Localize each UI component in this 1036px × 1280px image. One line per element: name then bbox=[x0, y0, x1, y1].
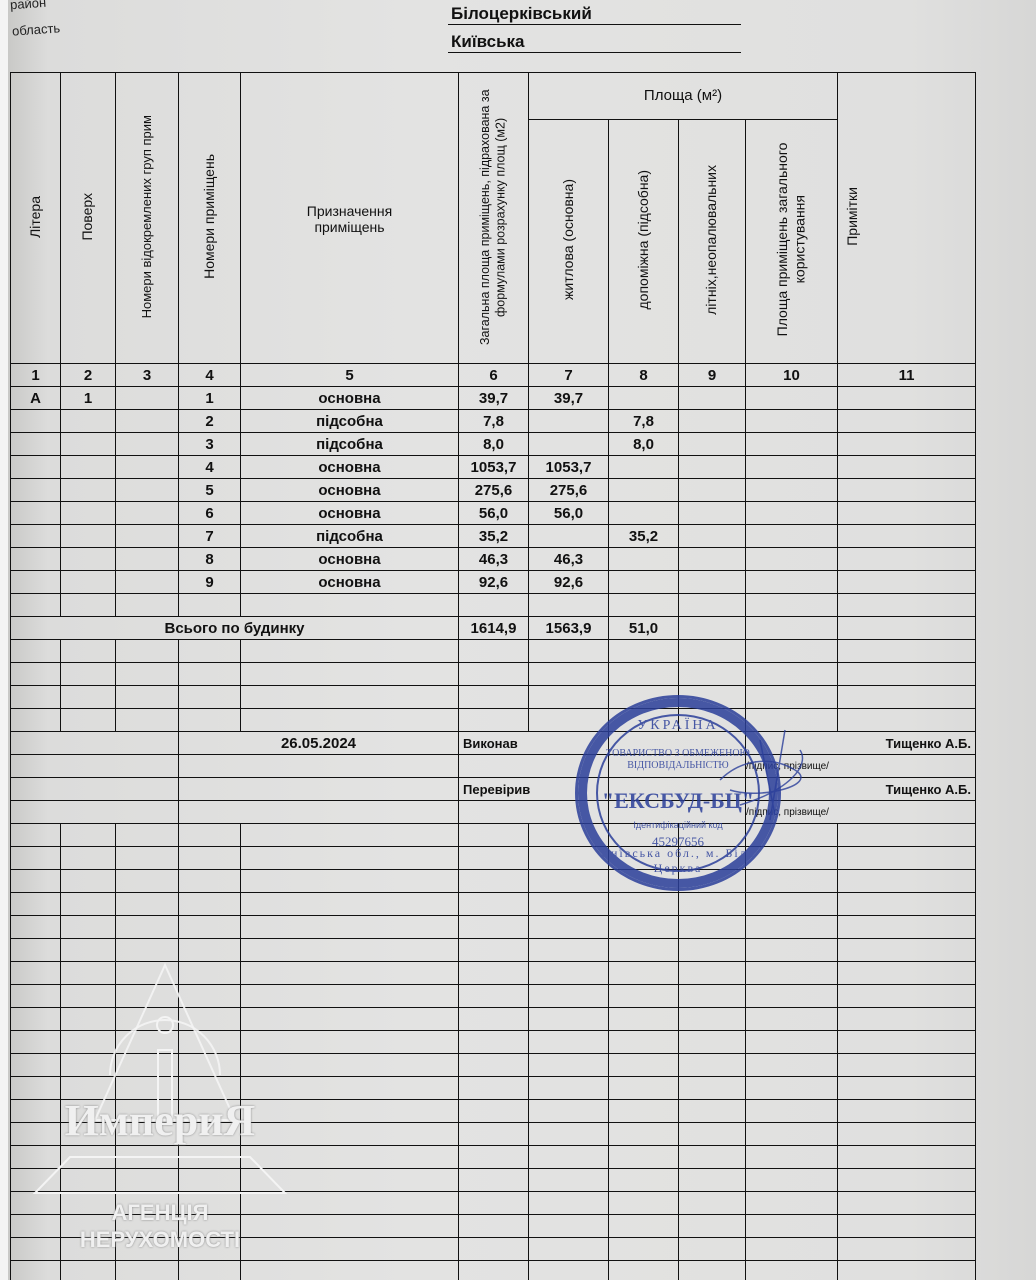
cell-purpose: основна bbox=[241, 479, 459, 502]
table-cell bbox=[11, 1123, 61, 1146]
cell-floor bbox=[61, 502, 116, 525]
table-cell bbox=[179, 663, 241, 686]
table-cell bbox=[746, 1192, 838, 1215]
cell-notes bbox=[838, 548, 976, 571]
table-cell bbox=[241, 686, 459, 709]
table-cell bbox=[179, 1077, 241, 1100]
table-cell bbox=[609, 1077, 679, 1100]
table-cell bbox=[679, 1169, 746, 1192]
table-body: А11основна39,739,72підсобна7,87,83підсоб… bbox=[11, 387, 976, 1280]
table-cell bbox=[679, 893, 746, 916]
col-header-floor: Поверх bbox=[61, 73, 116, 364]
table-cell bbox=[116, 870, 179, 893]
table-row-empty bbox=[11, 663, 976, 686]
table-cell bbox=[11, 1238, 61, 1261]
table-cell bbox=[609, 916, 679, 939]
cell-purpose: основна bbox=[241, 571, 459, 594]
cell-total: 1053,7 bbox=[459, 456, 529, 479]
table-cell bbox=[679, 985, 746, 1008]
table-cell bbox=[116, 1008, 179, 1031]
cell-room: 3 bbox=[179, 433, 241, 456]
table-cell bbox=[179, 1008, 241, 1031]
table-cell bbox=[838, 1123, 976, 1146]
table-cell bbox=[838, 916, 976, 939]
table-cell bbox=[11, 824, 61, 847]
table-cell bbox=[529, 640, 609, 663]
table-cell bbox=[11, 686, 61, 709]
column-number: 10 bbox=[746, 364, 838, 387]
table-cell bbox=[61, 893, 116, 916]
cell-total: 39,7 bbox=[459, 387, 529, 410]
table-cell bbox=[116, 939, 179, 962]
table-cell bbox=[838, 962, 976, 985]
table-cell bbox=[459, 824, 529, 847]
cell-floor bbox=[61, 571, 116, 594]
cell-floor bbox=[61, 479, 116, 502]
table-cell bbox=[116, 1100, 179, 1123]
table-cell bbox=[746, 594, 838, 617]
table-cell bbox=[746, 1054, 838, 1077]
table-cell bbox=[838, 1054, 976, 1077]
table-cell bbox=[679, 1077, 746, 1100]
table-cell bbox=[609, 1215, 679, 1238]
table-cell bbox=[459, 870, 529, 893]
table-row-empty bbox=[11, 594, 976, 617]
table-cell bbox=[179, 594, 241, 617]
cell-total: 275,6 bbox=[459, 479, 529, 502]
table-cell bbox=[459, 985, 529, 1008]
table-cell bbox=[179, 755, 459, 778]
table-row-empty bbox=[11, 1123, 976, 1146]
table-cell bbox=[529, 1192, 609, 1215]
signature-date: 26.05.2024 bbox=[179, 732, 459, 755]
cell-common bbox=[746, 502, 838, 525]
cell-aux bbox=[609, 479, 679, 502]
table-cell bbox=[746, 1215, 838, 1238]
col-header-summer: літніх,неопалювальних bbox=[679, 119, 746, 363]
table-cell bbox=[11, 1192, 61, 1215]
table-cell bbox=[459, 1169, 529, 1192]
cell-aux bbox=[609, 387, 679, 410]
header-row: Літера Поверх Номери відокремлених груп … bbox=[11, 73, 976, 120]
table-cell bbox=[241, 824, 459, 847]
cell-summer bbox=[679, 502, 746, 525]
table-cell bbox=[11, 847, 61, 870]
cell-aux: 35,2 bbox=[609, 525, 679, 548]
cell-aux bbox=[609, 456, 679, 479]
table-row: 7підсобна35,235,2 bbox=[11, 525, 976, 548]
page-edge bbox=[0, 0, 8, 1280]
cell-floor bbox=[61, 456, 116, 479]
table-row-empty bbox=[11, 1169, 976, 1192]
cell-floor: 1 bbox=[61, 387, 116, 410]
cell-notes bbox=[838, 387, 976, 410]
signature-caption-row: /підпис, прізвище/ bbox=[11, 755, 976, 778]
table-cell bbox=[838, 870, 976, 893]
cell-litera bbox=[11, 502, 61, 525]
cell-total: 46,3 bbox=[459, 548, 529, 571]
table-cell bbox=[609, 1008, 679, 1031]
table-cell bbox=[116, 663, 179, 686]
table-cell bbox=[529, 1123, 609, 1146]
column-number: 1 bbox=[11, 364, 61, 387]
column-number: 7 bbox=[529, 364, 609, 387]
table-cell bbox=[116, 985, 179, 1008]
table-cell bbox=[116, 962, 179, 985]
table-cell bbox=[61, 1238, 116, 1261]
table-cell bbox=[609, 1054, 679, 1077]
cell-purpose: основна bbox=[241, 502, 459, 525]
cell-room: 8 bbox=[179, 548, 241, 571]
table-cell bbox=[609, 1100, 679, 1123]
cell-litera bbox=[11, 410, 61, 433]
table-cell bbox=[241, 1123, 459, 1146]
table-row: 5основна275,6275,6 bbox=[11, 479, 976, 502]
premises-table: Літера Поверх Номери відокремлених груп … bbox=[10, 72, 976, 1280]
cell-litera bbox=[11, 571, 61, 594]
table-cell bbox=[241, 962, 459, 985]
table-cell bbox=[746, 663, 838, 686]
table-cell bbox=[609, 640, 679, 663]
table-cell bbox=[11, 732, 179, 755]
table-row: 9основна92,692,6 bbox=[11, 571, 976, 594]
table-cell bbox=[529, 1100, 609, 1123]
table-cell bbox=[179, 1100, 241, 1123]
cell-living: 1053,7 bbox=[529, 456, 609, 479]
column-number-row: 1234567891011 bbox=[11, 364, 976, 387]
table-cell bbox=[838, 1215, 976, 1238]
cell-purpose: підсобна bbox=[241, 525, 459, 548]
cell-notes bbox=[838, 571, 976, 594]
table-cell bbox=[116, 1215, 179, 1238]
table-cell bbox=[241, 916, 459, 939]
table-cell bbox=[679, 1192, 746, 1215]
table-row-empty bbox=[11, 1031, 976, 1054]
table-cell bbox=[241, 1192, 459, 1215]
cell-purpose: основна bbox=[241, 548, 459, 571]
table-cell bbox=[459, 1146, 529, 1169]
table-cell bbox=[179, 893, 241, 916]
cell-living: 46,3 bbox=[529, 548, 609, 571]
table-cell bbox=[116, 1123, 179, 1146]
table-row-empty bbox=[11, 847, 976, 870]
cell-common bbox=[746, 525, 838, 548]
table-cell bbox=[459, 847, 529, 870]
cell-living: 39,7 bbox=[529, 387, 609, 410]
cell-room: 7 bbox=[179, 525, 241, 548]
table-cell bbox=[11, 939, 61, 962]
table-cell bbox=[609, 893, 679, 916]
table-cell bbox=[179, 916, 241, 939]
table-cell bbox=[679, 939, 746, 962]
table-cell bbox=[61, 709, 116, 732]
table-cell bbox=[11, 1008, 61, 1031]
table-cell bbox=[679, 1261, 746, 1280]
cell-aux: 8,0 bbox=[609, 433, 679, 456]
table-cell bbox=[179, 939, 241, 962]
table-cell bbox=[459, 962, 529, 985]
table-cell bbox=[459, 1192, 529, 1215]
table-cell bbox=[838, 1261, 976, 1280]
table-cell bbox=[609, 663, 679, 686]
total-row: Всього по будинку1614,91563,951,0 bbox=[11, 617, 976, 640]
table-cell bbox=[61, 1169, 116, 1192]
cell-total: 92,6 bbox=[459, 571, 529, 594]
table-cell bbox=[746, 617, 838, 640]
table-cell bbox=[459, 1238, 529, 1261]
table-cell bbox=[679, 594, 746, 617]
table-cell bbox=[838, 1077, 976, 1100]
cell-notes bbox=[838, 456, 976, 479]
table-cell bbox=[11, 663, 61, 686]
table-cell bbox=[11, 1031, 61, 1054]
signature-caption-row: /підпис, прізвище/ bbox=[11, 801, 976, 824]
table-cell bbox=[838, 663, 976, 686]
total-living-sum: 1563,9 bbox=[529, 617, 609, 640]
col-header-common-area: Площа приміщень загального користування bbox=[746, 119, 838, 363]
table-cell bbox=[609, 1169, 679, 1192]
table-row-empty bbox=[11, 709, 976, 732]
table-cell bbox=[179, 1169, 241, 1192]
table-cell bbox=[679, 1123, 746, 1146]
signature-row-performed: 26.05.2024ВиконавТищенко А.Б. bbox=[11, 732, 976, 755]
cell-group bbox=[116, 479, 179, 502]
col-header-area-group: Площа (м²) bbox=[529, 73, 838, 120]
table-cell bbox=[838, 1146, 976, 1169]
table-cell bbox=[241, 663, 459, 686]
table-cell bbox=[241, 1261, 459, 1280]
table-cell bbox=[116, 847, 179, 870]
signature-row-checked: ПеревіривТищенко А.Б. bbox=[11, 778, 976, 801]
table-cell bbox=[241, 893, 459, 916]
cell-floor bbox=[61, 410, 116, 433]
table-cell bbox=[11, 870, 61, 893]
cell-litera: А bbox=[11, 387, 61, 410]
table-cell bbox=[838, 893, 976, 916]
cell-total: 7,8 bbox=[459, 410, 529, 433]
table-cell bbox=[116, 1238, 179, 1261]
cell-notes bbox=[838, 525, 976, 548]
table-cell bbox=[529, 939, 609, 962]
table-cell bbox=[241, 709, 459, 732]
table-cell bbox=[116, 1146, 179, 1169]
cell-room: 5 bbox=[179, 479, 241, 502]
table-cell bbox=[241, 1146, 459, 1169]
table-cell bbox=[116, 916, 179, 939]
table-cell bbox=[609, 1192, 679, 1215]
table-row: 6основна56,056,0 bbox=[11, 502, 976, 525]
table-cell bbox=[61, 686, 116, 709]
table-cell bbox=[529, 1031, 609, 1054]
table-cell bbox=[179, 962, 241, 985]
table-cell bbox=[679, 1008, 746, 1031]
table-row-empty bbox=[11, 1077, 976, 1100]
table-cell bbox=[838, 709, 976, 732]
cell-total: 35,2 bbox=[459, 525, 529, 548]
table-cell bbox=[609, 1261, 679, 1280]
table-cell bbox=[179, 870, 241, 893]
table-cell bbox=[746, 1169, 838, 1192]
district-value: Білоцерківський bbox=[448, 4, 741, 25]
table-cell bbox=[529, 1008, 609, 1031]
table-cell bbox=[116, 1261, 179, 1280]
table-cell bbox=[459, 1054, 529, 1077]
cell-aux bbox=[609, 548, 679, 571]
table-cell bbox=[838, 640, 976, 663]
cell-common bbox=[746, 456, 838, 479]
cell-litera bbox=[11, 525, 61, 548]
table-cell bbox=[746, 1008, 838, 1031]
table-row-empty bbox=[11, 1238, 976, 1261]
table-cell bbox=[529, 663, 609, 686]
col-header-living: житлова (основна) bbox=[529, 119, 609, 363]
table-cell bbox=[746, 1238, 838, 1261]
cell-summer bbox=[679, 525, 746, 548]
table-cell bbox=[459, 893, 529, 916]
table-cell bbox=[679, 1031, 746, 1054]
table-cell bbox=[241, 847, 459, 870]
table-cell bbox=[529, 916, 609, 939]
cell-group bbox=[116, 387, 179, 410]
table-cell bbox=[746, 1123, 838, 1146]
table-cell bbox=[679, 962, 746, 985]
table-row: 8основна46,346,3 bbox=[11, 548, 976, 571]
table-cell bbox=[61, 1008, 116, 1031]
table-cell bbox=[459, 594, 529, 617]
table-cell bbox=[609, 1146, 679, 1169]
table-cell bbox=[609, 939, 679, 962]
table-cell bbox=[11, 755, 179, 778]
table-cell bbox=[11, 893, 61, 916]
cell-living bbox=[529, 433, 609, 456]
table-cell bbox=[11, 778, 179, 801]
table-cell bbox=[11, 709, 61, 732]
table-cell bbox=[179, 686, 241, 709]
table-cell bbox=[61, 1077, 116, 1100]
total-aux-sum: 51,0 bbox=[609, 617, 679, 640]
cell-notes bbox=[838, 410, 976, 433]
cell-notes bbox=[838, 479, 976, 502]
table-cell bbox=[61, 1215, 116, 1238]
table-cell bbox=[679, 1238, 746, 1261]
table-cell bbox=[11, 1169, 61, 1192]
col-header-group-numbers: Номери відокремлених груп прим bbox=[116, 73, 179, 364]
table-row-empty bbox=[11, 1100, 976, 1123]
table-cell bbox=[116, 824, 179, 847]
table-cell bbox=[11, 1261, 61, 1280]
table-cell bbox=[61, 1054, 116, 1077]
table-cell bbox=[116, 686, 179, 709]
cell-living: 56,0 bbox=[529, 502, 609, 525]
table-cell bbox=[179, 709, 241, 732]
table-row-empty bbox=[11, 640, 976, 663]
table-row-empty bbox=[11, 1054, 976, 1077]
column-number: 5 bbox=[241, 364, 459, 387]
table-cell bbox=[61, 824, 116, 847]
table-cell bbox=[746, 916, 838, 939]
table-cell bbox=[746, 1031, 838, 1054]
table-cell bbox=[179, 847, 241, 870]
table-row-empty bbox=[11, 824, 976, 847]
cell-summer bbox=[679, 410, 746, 433]
table-cell bbox=[838, 594, 976, 617]
cell-living bbox=[529, 410, 609, 433]
table-row-empty bbox=[11, 1192, 976, 1215]
cell-room: 9 bbox=[179, 571, 241, 594]
table-cell bbox=[61, 594, 116, 617]
table-cell bbox=[61, 916, 116, 939]
table-cell bbox=[746, 1100, 838, 1123]
cell-room: 6 bbox=[179, 502, 241, 525]
table-cell bbox=[746, 985, 838, 1008]
column-number: 6 bbox=[459, 364, 529, 387]
table-cell bbox=[179, 1146, 241, 1169]
cell-purpose: основна bbox=[241, 456, 459, 479]
table-cell bbox=[838, 824, 976, 847]
cell-total: 56,0 bbox=[459, 502, 529, 525]
table-cell bbox=[459, 1008, 529, 1031]
table-cell bbox=[609, 594, 679, 617]
col-header-litera: Літера bbox=[11, 73, 61, 364]
col-header-notes: Примітки bbox=[838, 73, 976, 364]
table-cell bbox=[179, 1123, 241, 1146]
table-cell bbox=[61, 985, 116, 1008]
table-cell bbox=[116, 594, 179, 617]
table-cell bbox=[61, 939, 116, 962]
col-header-total-area: Загальна площа приміщень, підрахована за… bbox=[459, 73, 529, 364]
cell-litera bbox=[11, 479, 61, 502]
table-cell bbox=[11, 1215, 61, 1238]
cell-common bbox=[746, 571, 838, 594]
table-cell bbox=[61, 870, 116, 893]
table-cell bbox=[241, 939, 459, 962]
cell-group bbox=[116, 456, 179, 479]
table-cell bbox=[529, 594, 609, 617]
cell-litera bbox=[11, 433, 61, 456]
col-header-purpose: Призначення приміщень bbox=[241, 73, 459, 364]
cell-aux bbox=[609, 571, 679, 594]
cell-common bbox=[746, 479, 838, 502]
cell-summer bbox=[679, 571, 746, 594]
table-cell bbox=[241, 1215, 459, 1238]
table-cell bbox=[679, 1146, 746, 1169]
table-cell bbox=[679, 916, 746, 939]
column-number: 11 bbox=[838, 364, 976, 387]
table-cell bbox=[61, 847, 116, 870]
table-cell bbox=[11, 985, 61, 1008]
table-cell bbox=[529, 1054, 609, 1077]
table-cell bbox=[746, 1077, 838, 1100]
table-cell bbox=[179, 778, 459, 801]
column-number: 4 bbox=[179, 364, 241, 387]
table-cell bbox=[61, 640, 116, 663]
cell-notes bbox=[838, 433, 976, 456]
cell-room: 4 bbox=[179, 456, 241, 479]
table-cell bbox=[679, 617, 746, 640]
table-cell bbox=[116, 1031, 179, 1054]
cell-common bbox=[746, 387, 838, 410]
cell-common bbox=[746, 433, 838, 456]
table-row-empty bbox=[11, 962, 976, 985]
cell-floor bbox=[61, 525, 116, 548]
cell-group bbox=[116, 571, 179, 594]
table-cell bbox=[459, 916, 529, 939]
table-cell bbox=[61, 663, 116, 686]
table-cell bbox=[746, 962, 838, 985]
table-row-empty bbox=[11, 939, 976, 962]
stamp-location: Київська обл., м. Біла Церква bbox=[578, 846, 778, 876]
table-cell bbox=[459, 1077, 529, 1100]
